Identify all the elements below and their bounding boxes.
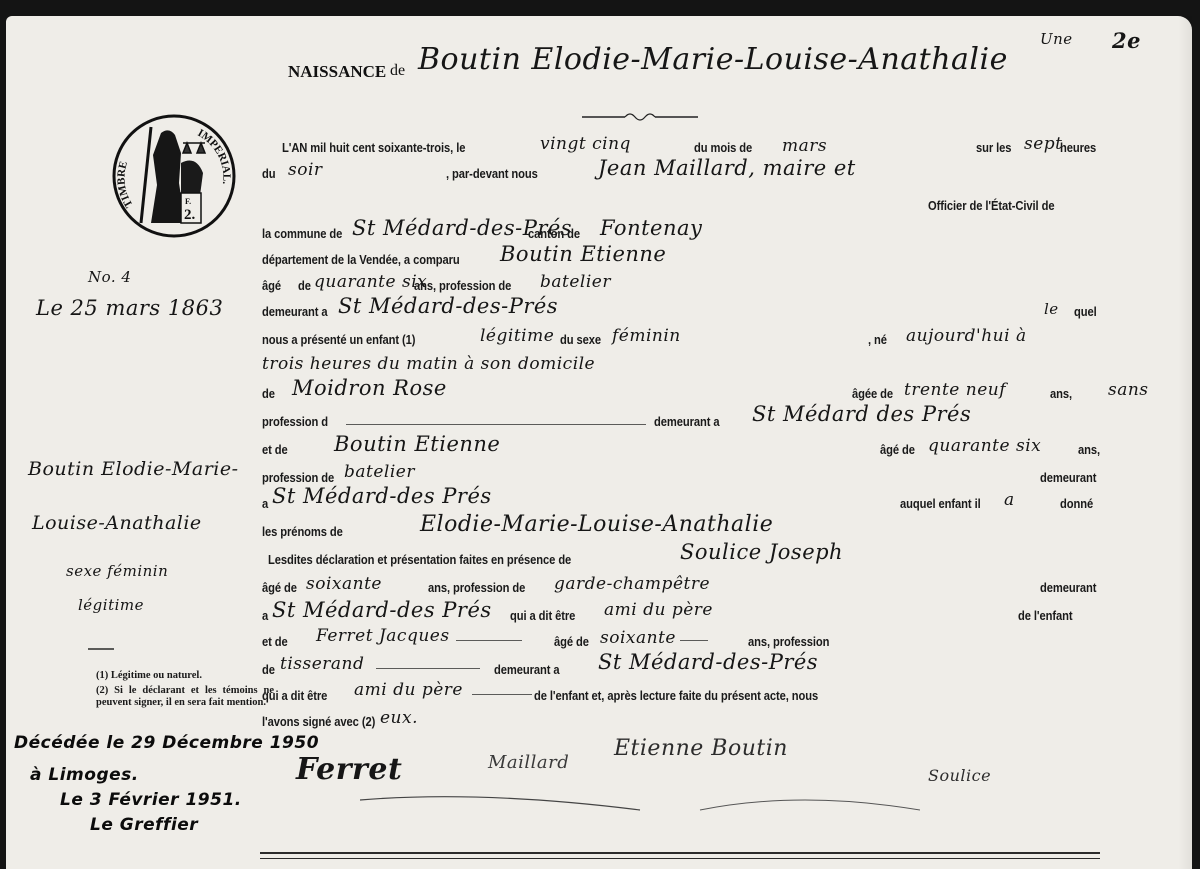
printed-mother-profession: profession d: [262, 414, 328, 429]
printed-de-2: de: [262, 662, 275, 677]
printed-father-demeurant: demeurant: [1040, 470, 1096, 485]
field-witness2-residence: St Médard-des-Prés: [598, 650, 818, 674]
field-father-age: quarante six: [928, 436, 1041, 456]
field-witness1-relation: ami du père: [604, 600, 713, 620]
printed-ne: , né: [868, 332, 887, 347]
signature-maillard: Maillard: [488, 752, 569, 773]
field-witness1-age: soixante: [306, 574, 382, 594]
field-birth-time-place: trois heures du matin à son domicile: [262, 354, 595, 374]
printed-signed-with: l'avons signé avec (2): [262, 714, 375, 729]
printed-father-age-label: âgé de: [880, 442, 915, 457]
svg-text:F.: F.: [185, 197, 191, 206]
field-declarant-profession: batelier: [540, 272, 611, 292]
printed-witness2-profession-label: ans, profession: [748, 634, 829, 649]
field-father-name: Boutin Etienne: [334, 432, 500, 456]
printed-demeurant: demeurant a: [262, 304, 328, 319]
printed-ans-2: ans,: [1078, 442, 1100, 457]
printed-a: a: [262, 496, 268, 511]
printed-month-label: du mois de: [694, 140, 752, 155]
field-birth-when: aujourd'hui à: [906, 326, 1027, 346]
field-mother-profession-sans: sans: [1108, 380, 1149, 400]
printed-qui-a-dit-2: qui a dit être: [262, 688, 327, 703]
field-declarant-name: Boutin Etienne: [500, 242, 666, 266]
bottom-rule-bottom: [260, 858, 1100, 859]
printed-et-de-2: et de: [262, 634, 288, 649]
printed-a-2: a: [262, 608, 268, 623]
printed-presented-child: nous a présenté un enfant (1): [262, 332, 415, 347]
imperial-stamp-icon: TIMBRE IMPERIAL. F. 2.: [111, 113, 237, 239]
field-witness1-residence: St Médard-des Prés: [272, 598, 492, 622]
printed-witness1-demeurant: demeurant: [1040, 580, 1096, 595]
title-connector: de: [390, 62, 405, 80]
signature-flourish-icon: [360, 790, 920, 830]
field-officer-name: Jean Maillard, maire et: [598, 156, 856, 180]
field-canton: Fontenay: [600, 216, 702, 240]
certificate-title: NAISSANCE: [288, 62, 386, 82]
field-witness2-age: soixante: [600, 628, 676, 648]
field-mother-age: trente neuf: [904, 380, 1006, 400]
printed-profession-label: ans, profession de: [414, 278, 511, 293]
blank-fill-line: [456, 640, 522, 641]
printed-prenoms: les prénoms de: [262, 524, 343, 539]
printed-mother-age-label: âgée de: [852, 386, 893, 401]
printed-de: de: [298, 278, 311, 293]
field-father-profession: batelier: [344, 462, 415, 482]
printed-year-text: L'AN mil huit cent soixante-trois, le: [282, 140, 465, 155]
printed-mother-demeurant: demeurant a: [654, 414, 720, 429]
printed-witness1-age-label: âgé de: [262, 580, 297, 595]
field-mother-residence: St Médard des Prés: [752, 402, 971, 426]
printed-witness2-age-label: âgé de: [554, 634, 589, 649]
margin-entry-date: Le 25 mars 1863: [36, 296, 223, 320]
margin-name-line1: Boutin Elodie-Marie-: [28, 458, 239, 480]
margin-name-line2: Louise-Anathalie: [32, 512, 202, 534]
field-declarant-residence: St Médard-des-Prés: [338, 294, 558, 318]
field-day: vingt cinq: [540, 134, 631, 154]
printed-father-et-de: et de: [262, 442, 288, 457]
footnote-1: (1) Légitime ou naturel.: [96, 670, 274, 682]
subject-name-handwritten: Boutin Elodie-Marie-Louise-Anathalie: [418, 42, 1008, 77]
printed-officer-title: Officier de l'État-Civil de: [928, 198, 1054, 213]
field-mother-name: Moidron Rose: [292, 376, 447, 400]
margin-sex-note: sexe féminin: [66, 562, 168, 580]
death-note-line2: à Limoges.: [30, 765, 139, 785]
printed-du: du: [262, 166, 275, 181]
field-witness2-name: Ferret Jacques: [316, 626, 450, 646]
printed-hour-label: sur les: [976, 140, 1011, 155]
blank-fill-line: [376, 668, 480, 669]
margin-flourish: [88, 648, 114, 650]
printed-quel: quel: [1074, 304, 1097, 319]
printed-heures: heures: [1060, 140, 1096, 155]
field-sex: féminin: [612, 326, 681, 346]
blank-fill-line: [680, 640, 708, 641]
printed-ans: ans,: [1050, 386, 1072, 401]
field-month: mars: [782, 136, 827, 156]
ornament-divider-icon: [580, 110, 700, 122]
signature-ferret: Ferret: [296, 752, 402, 787]
printed-department: département de la Vendée, a comparu: [262, 252, 460, 267]
margin-entry-number: No. 4: [88, 268, 131, 286]
printed-father-profession: profession de: [262, 470, 334, 485]
printed-qui-a-dit: qui a dit être: [510, 608, 575, 623]
field-lequel: le: [1044, 300, 1059, 318]
printed-canton-label: canton de: [528, 226, 580, 241]
signature-soulice: Soulice: [928, 766, 991, 785]
printed-witness-intro: Lesdites déclaration et présentation fai…: [268, 552, 571, 567]
printed-mother-de: de: [262, 386, 275, 401]
field-a: a: [1004, 490, 1015, 510]
field-witness1-profession: garde-champêtre: [554, 574, 710, 594]
svg-text:2.: 2.: [184, 207, 196, 223]
blank-fill-line: [346, 424, 646, 425]
field-father-residence: St Médard-des Prés: [272, 484, 492, 508]
printed-age-label: âgé: [262, 278, 281, 293]
margin-legit-note: légitime: [78, 596, 144, 614]
printed-commune-label: la commune de: [262, 226, 342, 241]
death-note-line1: Décédée le 29 Décembre 1950: [14, 733, 319, 753]
field-signed-with: eux.: [380, 708, 418, 728]
printed-witness1-profession-label: ans, profession de: [428, 580, 525, 595]
printed-par-devant: , par-devant nous: [446, 166, 538, 181]
page-edge-shadow: [1178, 16, 1192, 869]
printed-sexe-label: du sexe: [560, 332, 601, 347]
field-hour: sept: [1024, 134, 1063, 154]
printed-de-lenfant: de l'enfant: [1018, 608, 1073, 623]
field-time-of-day: soir: [288, 160, 323, 180]
top-right-annotation: Une: [1040, 30, 1073, 48]
printed-closing-clause: de l'enfant et, après lecture faite du p…: [534, 688, 818, 703]
signature-boutin: Etienne Boutin: [614, 736, 788, 761]
death-note-line4: Le Greffier: [90, 815, 198, 835]
field-witness2-profession: tisserand: [280, 654, 364, 674]
page-number: 2e: [1112, 28, 1141, 53]
field-given-names: Elodie-Marie-Louise-Anathalie: [420, 512, 773, 537]
printed-witness2-demeurant: demeurant a: [494, 662, 560, 677]
bottom-rule-top: [260, 852, 1100, 854]
footnote-2: (2) Si le déclarant et les témoins ne pe…: [96, 685, 274, 709]
field-declarant-age: quarante six: [314, 272, 427, 292]
printed-donne: donné: [1060, 496, 1093, 511]
field-witness1-name: Soulice Joseph: [680, 540, 843, 564]
printed-auquel-enfant: auquel enfant il: [900, 496, 981, 511]
field-legitimacy: légitime: [480, 326, 554, 346]
field-witness2-relation: ami du père: [354, 680, 463, 700]
blank-fill-line: [472, 694, 532, 695]
death-note-line3: Le 3 Février 1951.: [60, 790, 242, 810]
